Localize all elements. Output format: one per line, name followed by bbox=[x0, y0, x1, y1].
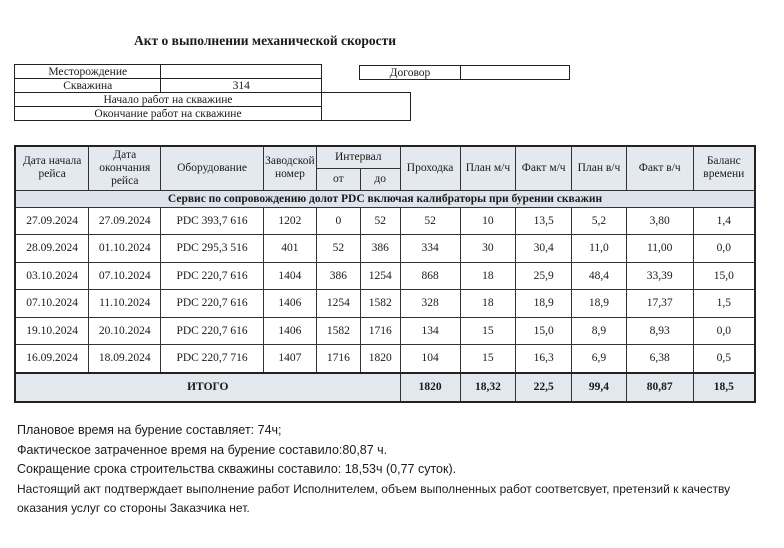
well-info-table: Месторождение Скважина 314 Начало работ … bbox=[14, 64, 411, 121]
document-title: Акт о выполнении механической скорости bbox=[0, 33, 530, 49]
header-from: от bbox=[316, 168, 360, 190]
works-dates-value bbox=[322, 93, 411, 121]
cell-start: 07.10.2024 bbox=[15, 290, 89, 318]
contract-label: Договор bbox=[360, 66, 461, 80]
header-interval: Интервал bbox=[316, 146, 400, 168]
cell-to: 1254 bbox=[360, 262, 400, 290]
cell-balance: 1,4 bbox=[693, 207, 755, 235]
header-plan-hours: План в/ч bbox=[572, 146, 627, 190]
header-to: до bbox=[360, 168, 400, 190]
cell-start: 27.09.2024 bbox=[15, 207, 89, 235]
table-row: 07.10.202411.10.2024PDC 220,7 6161406125… bbox=[15, 290, 755, 318]
cell-fact-rate: 25,9 bbox=[516, 262, 572, 290]
cell-plan-hours: 11,0 bbox=[572, 235, 627, 263]
cell-drilled: 334 bbox=[400, 235, 460, 263]
drilling-table: Дата начала рейса Дата окончания рейса О… bbox=[14, 145, 756, 403]
cell-fact-rate: 16,3 bbox=[516, 345, 572, 373]
cell-fact-rate: 18,9 bbox=[516, 290, 572, 318]
cell-plan-hours: 48,4 bbox=[572, 262, 627, 290]
cell-equipment: PDC 220,7 716 bbox=[161, 345, 264, 373]
table-row: 03.10.202407.10.2024PDC 220,7 6161404386… bbox=[15, 262, 755, 290]
field-label: Месторождение bbox=[15, 65, 161, 79]
cell-from: 52 bbox=[316, 235, 360, 263]
cell-fact-hours: 8,93 bbox=[626, 317, 693, 345]
cell-fact-rate: 15,0 bbox=[516, 317, 572, 345]
cell-fact-hours: 11,00 bbox=[626, 235, 693, 263]
cell-balance: 1,5 bbox=[693, 290, 755, 318]
cell-from: 0 bbox=[316, 207, 360, 235]
header-fact-hours: Факт в/ч bbox=[626, 146, 693, 190]
cell-plan-rate: 18 bbox=[460, 290, 516, 318]
well-label: Скважина bbox=[15, 79, 161, 93]
cell-end: 20.10.2024 bbox=[89, 317, 161, 345]
cell-serial: 1406 bbox=[263, 317, 316, 345]
cell-plan-rate: 10 bbox=[460, 207, 516, 235]
cell-balance: 0,5 bbox=[693, 345, 755, 373]
total-row: ИТОГО 1820 18,32 22,5 99,4 80,87 18,5 bbox=[15, 373, 755, 402]
cell-start: 19.10.2024 bbox=[15, 317, 89, 345]
header-start-date: Дата начала рейса bbox=[15, 146, 89, 190]
cell-drilled: 134 bbox=[400, 317, 460, 345]
total-fact-hours: 80,87 bbox=[626, 373, 693, 402]
header-plan-rate: План м/ч bbox=[460, 146, 516, 190]
cell-drilled: 328 bbox=[400, 290, 460, 318]
cell-plan-rate: 15 bbox=[460, 345, 516, 373]
cell-serial: 1406 bbox=[263, 290, 316, 318]
cell-end: 27.09.2024 bbox=[89, 207, 161, 235]
total-label: ИТОГО bbox=[15, 373, 400, 402]
cell-start: 16.09.2024 bbox=[15, 345, 89, 373]
cell-equipment: PDC 295,3 516 bbox=[161, 235, 264, 263]
cell-equipment: PDC 220,7 616 bbox=[161, 290, 264, 318]
cell-end: 01.10.2024 bbox=[89, 235, 161, 263]
header-drilled: Проходка bbox=[400, 146, 460, 190]
note-confirmation: Настоящий акт подтверждает выполнение ра… bbox=[17, 480, 777, 518]
cell-serial: 1404 bbox=[263, 262, 316, 290]
cell-plan-rate: 30 bbox=[460, 235, 516, 263]
note-actual-time: Фактическое затраченное время на бурение… bbox=[17, 441, 777, 461]
cell-plan-rate: 18 bbox=[460, 262, 516, 290]
table-row: 27.09.202427.09.2024PDC 393,7 6161202052… bbox=[15, 207, 755, 235]
field-value bbox=[161, 65, 322, 79]
cell-balance: 0,0 bbox=[693, 235, 755, 263]
header-equipment: Оборудование bbox=[161, 146, 264, 190]
cell-from: 1254 bbox=[316, 290, 360, 318]
cell-drilled: 52 bbox=[400, 207, 460, 235]
cell-serial: 401 bbox=[263, 235, 316, 263]
cell-to: 386 bbox=[360, 235, 400, 263]
cell-equipment: PDC 220,7 616 bbox=[161, 317, 264, 345]
well-value: 314 bbox=[161, 79, 322, 93]
cell-plan-hours: 5,2 bbox=[572, 207, 627, 235]
header-fact-rate: Факт м/ч bbox=[516, 146, 572, 190]
cell-fact-rate: 13,5 bbox=[516, 207, 572, 235]
cell-to: 1582 bbox=[360, 290, 400, 318]
cell-plan-hours: 18,9 bbox=[572, 290, 627, 318]
cell-balance: 0,0 bbox=[693, 317, 755, 345]
cell-from: 386 bbox=[316, 262, 360, 290]
total-plan-hours: 99,4 bbox=[572, 373, 627, 402]
cell-plan-hours: 8,9 bbox=[572, 317, 627, 345]
cell-end: 18.09.2024 bbox=[89, 345, 161, 373]
total-drilled: 1820 bbox=[400, 373, 460, 402]
header-end-date: Дата окончания рейса bbox=[89, 146, 161, 190]
table-row: 28.09.202401.10.2024PDC 295,3 5164015238… bbox=[15, 235, 755, 263]
cell-serial: 1407 bbox=[263, 345, 316, 373]
total-plan-rate: 18,32 bbox=[460, 373, 516, 402]
note-reduction: Сокращение срока строительства скважины … bbox=[17, 460, 777, 480]
cell-serial: 1202 bbox=[263, 207, 316, 235]
cell-end: 11.10.2024 bbox=[89, 290, 161, 318]
cell-from: 1716 bbox=[316, 345, 360, 373]
cell-from: 1582 bbox=[316, 317, 360, 345]
note-planned-time: Плановое время на бурение составляет: 74… bbox=[17, 421, 777, 441]
cell-equipment: PDC 220,7 616 bbox=[161, 262, 264, 290]
total-balance: 18,5 bbox=[693, 373, 755, 402]
header-serial: Заводской номер bbox=[263, 146, 316, 190]
notes-section: Плановое время на бурение составляет: 74… bbox=[17, 421, 777, 518]
cell-fact-rate: 30,4 bbox=[516, 235, 572, 263]
cell-fact-hours: 33,39 bbox=[626, 262, 693, 290]
start-works-label: Начало работ на скважине bbox=[15, 93, 322, 107]
cell-start: 28.09.2024 bbox=[15, 235, 89, 263]
cell-plan-hours: 6,9 bbox=[572, 345, 627, 373]
cell-to: 52 bbox=[360, 207, 400, 235]
cell-fact-hours: 17,37 bbox=[626, 290, 693, 318]
cell-fact-hours: 6,38 bbox=[626, 345, 693, 373]
service-row: Сервис по сопровождению долот PDC включа… bbox=[15, 190, 755, 207]
cell-equipment: PDC 393,7 616 bbox=[161, 207, 264, 235]
cell-end: 07.10.2024 bbox=[89, 262, 161, 290]
table-row: 16.09.202418.09.2024PDC 220,7 7161407171… bbox=[15, 345, 755, 373]
cell-drilled: 868 bbox=[400, 262, 460, 290]
header-balance: Баланс времени bbox=[693, 146, 755, 190]
cell-balance: 15,0 bbox=[693, 262, 755, 290]
cell-drilled: 104 bbox=[400, 345, 460, 373]
table-row: 19.10.202420.10.2024PDC 220,7 6161406158… bbox=[15, 317, 755, 345]
end-works-label: Окончание работ на скважине bbox=[15, 107, 322, 121]
contract-table: Договор bbox=[359, 65, 570, 80]
cell-plan-rate: 15 bbox=[460, 317, 516, 345]
cell-start: 03.10.2024 bbox=[15, 262, 89, 290]
total-fact-rate: 22,5 bbox=[516, 373, 572, 402]
cell-to: 1716 bbox=[360, 317, 400, 345]
cell-fact-hours: 3,80 bbox=[626, 207, 693, 235]
cell-to: 1820 bbox=[360, 345, 400, 373]
contract-value bbox=[461, 66, 570, 80]
